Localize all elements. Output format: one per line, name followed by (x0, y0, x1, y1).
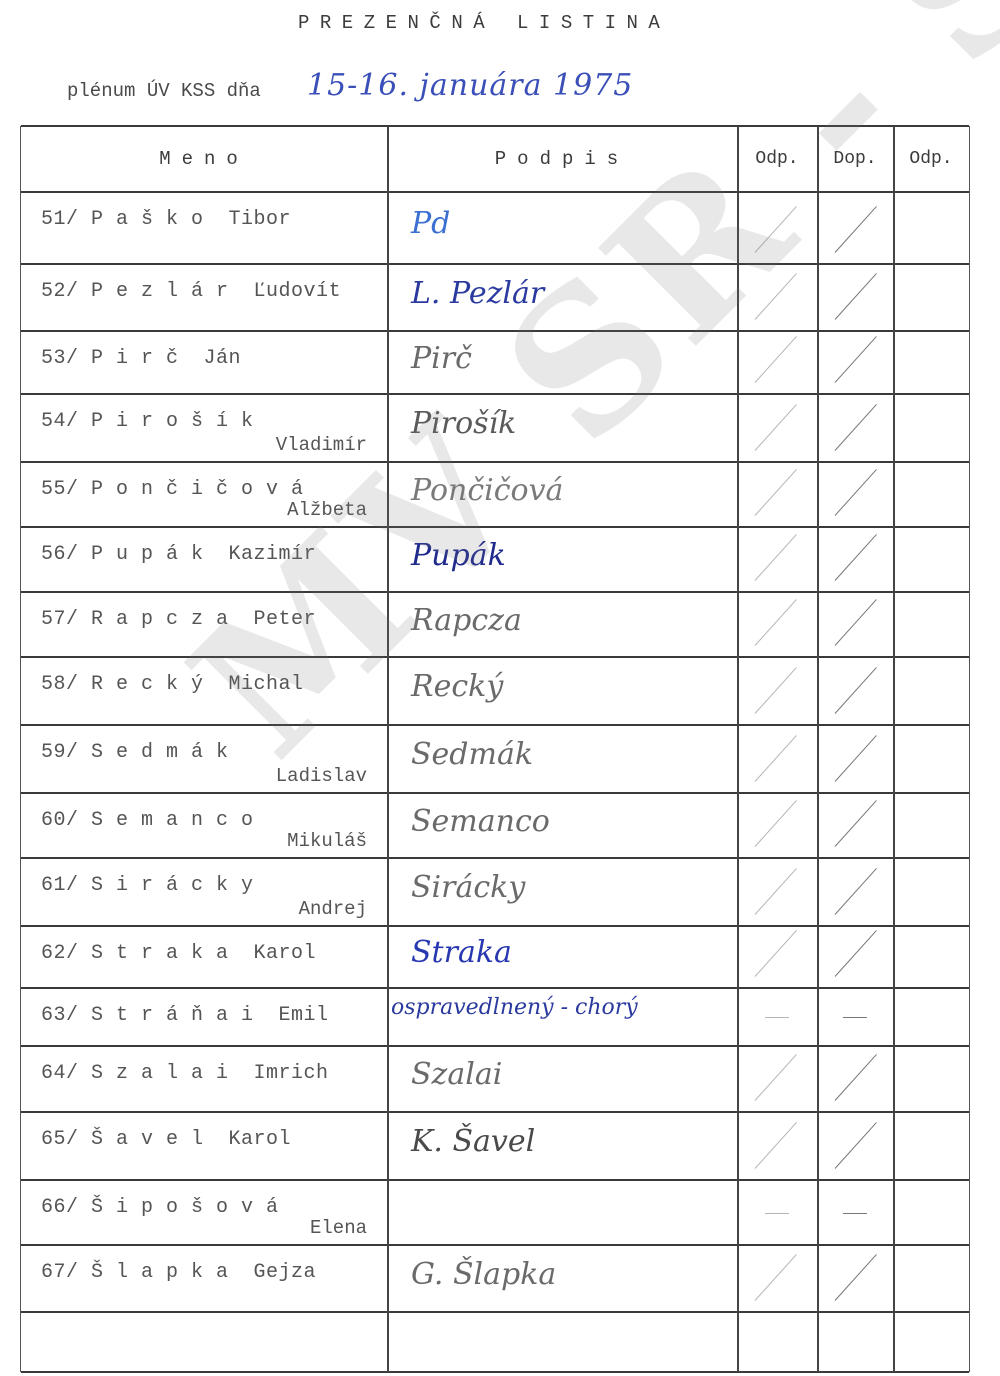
table-row: 51/ P a š k o TiborPd (21, 192, 969, 264)
row-divider (21, 125, 969, 127)
dop-mark (835, 1122, 877, 1169)
row-number: 56/ (41, 543, 79, 566)
first-name: Ladislav (21, 765, 367, 787)
signature: Semanco (411, 804, 550, 839)
odp-mark (755, 599, 797, 646)
odp-mark (755, 800, 797, 847)
table-row: 62/ S t r a k a KarolStraka (21, 926, 969, 988)
row-number: 67/ (41, 1261, 79, 1284)
dop-mark (835, 206, 877, 253)
signature: Straka (411, 935, 512, 970)
member-name: 59/ S e d m á k (41, 741, 229, 764)
header-odp2: Odp. (893, 126, 969, 192)
member-name: 52/ P e z l á r Ľudovít (41, 280, 341, 303)
odp-mark (755, 930, 797, 977)
odp-mark (765, 1017, 789, 1018)
signature: Pupák (411, 538, 506, 573)
surname: S e d m á k (79, 741, 229, 764)
odp-mark (765, 1213, 789, 1214)
row-number: 55/ (41, 478, 79, 501)
table-row: 54/ P i r o š í kVladimírPirošík (21, 394, 969, 462)
row-number: 52/ (41, 280, 79, 303)
signature: L. Pezlár (411, 276, 544, 311)
signature: Pd (411, 206, 450, 241)
row-number: 63/ (41, 1004, 79, 1027)
header-name: Meno (21, 126, 387, 192)
first-name: Karol (204, 1128, 292, 1151)
odp-mark (755, 273, 797, 320)
surname: P o n č i č o v á (79, 478, 304, 501)
signature: K. Šavel (411, 1124, 535, 1159)
row-number: 58/ (41, 673, 79, 696)
first-name: Gejza (229, 1261, 317, 1284)
dop-mark (835, 800, 877, 847)
surname: Š l a p k a (79, 1261, 229, 1284)
row-number: 61/ (41, 874, 79, 897)
odp-mark (755, 336, 797, 383)
row-number: 64/ (41, 1062, 79, 1085)
table-row: 66/ Š i p o š o v áElena (21, 1180, 969, 1245)
first-name: Elena (21, 1217, 367, 1239)
dop-mark (835, 930, 877, 977)
surname: R a p c z a (79, 608, 229, 631)
odp-mark (755, 868, 797, 915)
table-row: 67/ Š l a p k a GejzaG. Šlapka (21, 1245, 969, 1312)
first-name: Ján (179, 347, 242, 370)
surname: Š a v e l (79, 1128, 204, 1151)
member-name: 61/ S i r á c k y (41, 874, 254, 897)
surname: P i r č (79, 347, 179, 370)
first-name: Karol (229, 942, 317, 965)
first-name: Peter (229, 608, 317, 631)
member-name: 51/ P a š k o Tibor (41, 208, 291, 231)
odp-mark (755, 735, 797, 782)
odp-mark (755, 206, 797, 253)
member-name: 58/ R e c k ý Michal (41, 673, 304, 696)
first-name: Alžbeta (21, 499, 367, 521)
signature: Sedmák (411, 737, 533, 772)
member-name: 62/ S t r a k a Karol (41, 942, 316, 965)
surname: S i r á c k y (79, 874, 254, 897)
odp-mark (755, 534, 797, 581)
signature: Rapcza (411, 603, 522, 638)
meeting-label: plénum ÚV KSS dňa (67, 80, 261, 102)
dop-mark (835, 667, 877, 714)
dop-mark (835, 868, 877, 915)
first-name: Michal (204, 673, 304, 696)
surname: S t r á ň a i (79, 1004, 254, 1027)
table-row: 64/ S z a l a i ImrichSzalai (21, 1046, 969, 1112)
dop-mark (835, 735, 877, 782)
table-row: 58/ R e c k ý MichalRecký (21, 657, 969, 725)
meeting-line: plénum ÚV KSS dňa 15-16. januára 1975 (67, 80, 261, 102)
dop-mark (835, 1254, 877, 1301)
signature: Recký (411, 669, 503, 704)
dop-mark (843, 1017, 867, 1018)
header-signature: Podpis (387, 126, 737, 192)
odp-mark (755, 1254, 797, 1301)
dop-mark (835, 336, 877, 383)
surname: P e z l á r (79, 280, 229, 303)
odp-mark (755, 1122, 797, 1169)
signature: Sirácky (411, 870, 525, 905)
first-name: Andrej (21, 898, 367, 920)
table-row: 65/ Š a v e l KarolK. Šavel (21, 1112, 969, 1180)
odp-mark (755, 667, 797, 714)
member-name: 53/ P i r č Ján (41, 347, 241, 370)
surname: P i r o š í k (79, 410, 254, 433)
member-name: 54/ P i r o š í k (41, 410, 254, 433)
odp-mark (755, 404, 797, 451)
first-name: Mikuláš (21, 830, 367, 852)
meeting-date: 15-16. januára 1975 (307, 68, 633, 103)
first-name: Tibor (204, 208, 292, 231)
document-title: PREZENČNÁ LISTINA (298, 12, 670, 34)
member-name: 55/ P o n č i č o v á (41, 478, 304, 501)
table-row: 61/ S i r á c k yAndrejSirácky (21, 858, 969, 926)
row-number: 60/ (41, 809, 79, 832)
row-number: 51/ (41, 208, 79, 231)
row-number: 53/ (41, 347, 79, 370)
odp-mark (755, 469, 797, 516)
table-row: 59/ S e d m á kLadislavSedmák (21, 725, 969, 793)
dop-mark (835, 273, 877, 320)
member-name: 56/ P u p á k Kazimír (41, 543, 316, 566)
attendance-table: Meno Podpis Odp. Dop. Odp. 51/ P a š k o… (20, 126, 970, 1372)
member-name: 63/ S t r á ň a i Emil (41, 1004, 329, 1027)
signature: ospravedlnený - chorý (391, 995, 638, 1020)
surname: P a š k o (79, 208, 204, 231)
header-odp: Odp. (737, 126, 817, 192)
surname: S t r a k a (79, 942, 229, 965)
surname: S z a l a i (79, 1062, 229, 1085)
row-number: 59/ (41, 741, 79, 764)
row-number: 65/ (41, 1128, 79, 1151)
table-row: 60/ S e m a n c oMikulášSemanco (21, 793, 969, 858)
table-row: 55/ P o n č i č o v áAlžbetaPončičová (21, 462, 969, 527)
first-name: Emil (254, 1004, 329, 1027)
dop-mark (835, 1054, 877, 1101)
signature: Szalai (411, 1057, 502, 1092)
surname: Š i p o š o v á (79, 1196, 279, 1219)
first-name: Imrich (229, 1062, 329, 1085)
signature: G. Šlapka (411, 1257, 556, 1292)
first-name: Kazimír (204, 543, 317, 566)
dop-mark (835, 469, 877, 516)
first-name: Vladimír (21, 434, 367, 456)
surname: S e m a n c o (79, 809, 254, 832)
row-number: 54/ (41, 410, 79, 433)
row-number: 62/ (41, 942, 79, 965)
table-row: 52/ P e z l á r ĽudovítL. Pezlár (21, 264, 969, 331)
row-number: 57/ (41, 608, 79, 631)
surname: R e c k ý (79, 673, 204, 696)
table-row: 53/ P i r č JánPirč (21, 331, 969, 394)
member-name: 65/ Š a v e l Karol (41, 1128, 291, 1151)
member-name: 57/ R a p c z a Peter (41, 608, 316, 631)
header-dop: Dop. (817, 126, 893, 192)
member-name: 67/ Š l a p k a Gejza (41, 1261, 316, 1284)
signature: Pirč (411, 341, 472, 376)
member-name: 60/ S e m a n c o (41, 809, 254, 832)
table-row: 57/ R a p c z a PeterRapcza (21, 592, 969, 657)
dop-mark (843, 1213, 867, 1214)
signature: Pirošík (411, 406, 516, 441)
dop-mark (835, 599, 877, 646)
member-name: 64/ S z a l a i Imrich (41, 1062, 329, 1085)
row-number: 66/ (41, 1196, 79, 1219)
table-row: 56/ P u p á k KazimírPupák (21, 527, 969, 592)
table-row: 63/ S t r á ň a i Emilospravedlnený - ch… (21, 988, 969, 1046)
first-name: Ľudovít (229, 280, 342, 303)
table-row (21, 1312, 969, 1372)
dop-mark (835, 534, 877, 581)
member-name: 66/ Š i p o š o v á (41, 1196, 279, 1219)
dop-mark (835, 404, 877, 451)
surname: P u p á k (79, 543, 204, 566)
odp-mark (755, 1054, 797, 1101)
signature: Pončičová (411, 473, 563, 508)
